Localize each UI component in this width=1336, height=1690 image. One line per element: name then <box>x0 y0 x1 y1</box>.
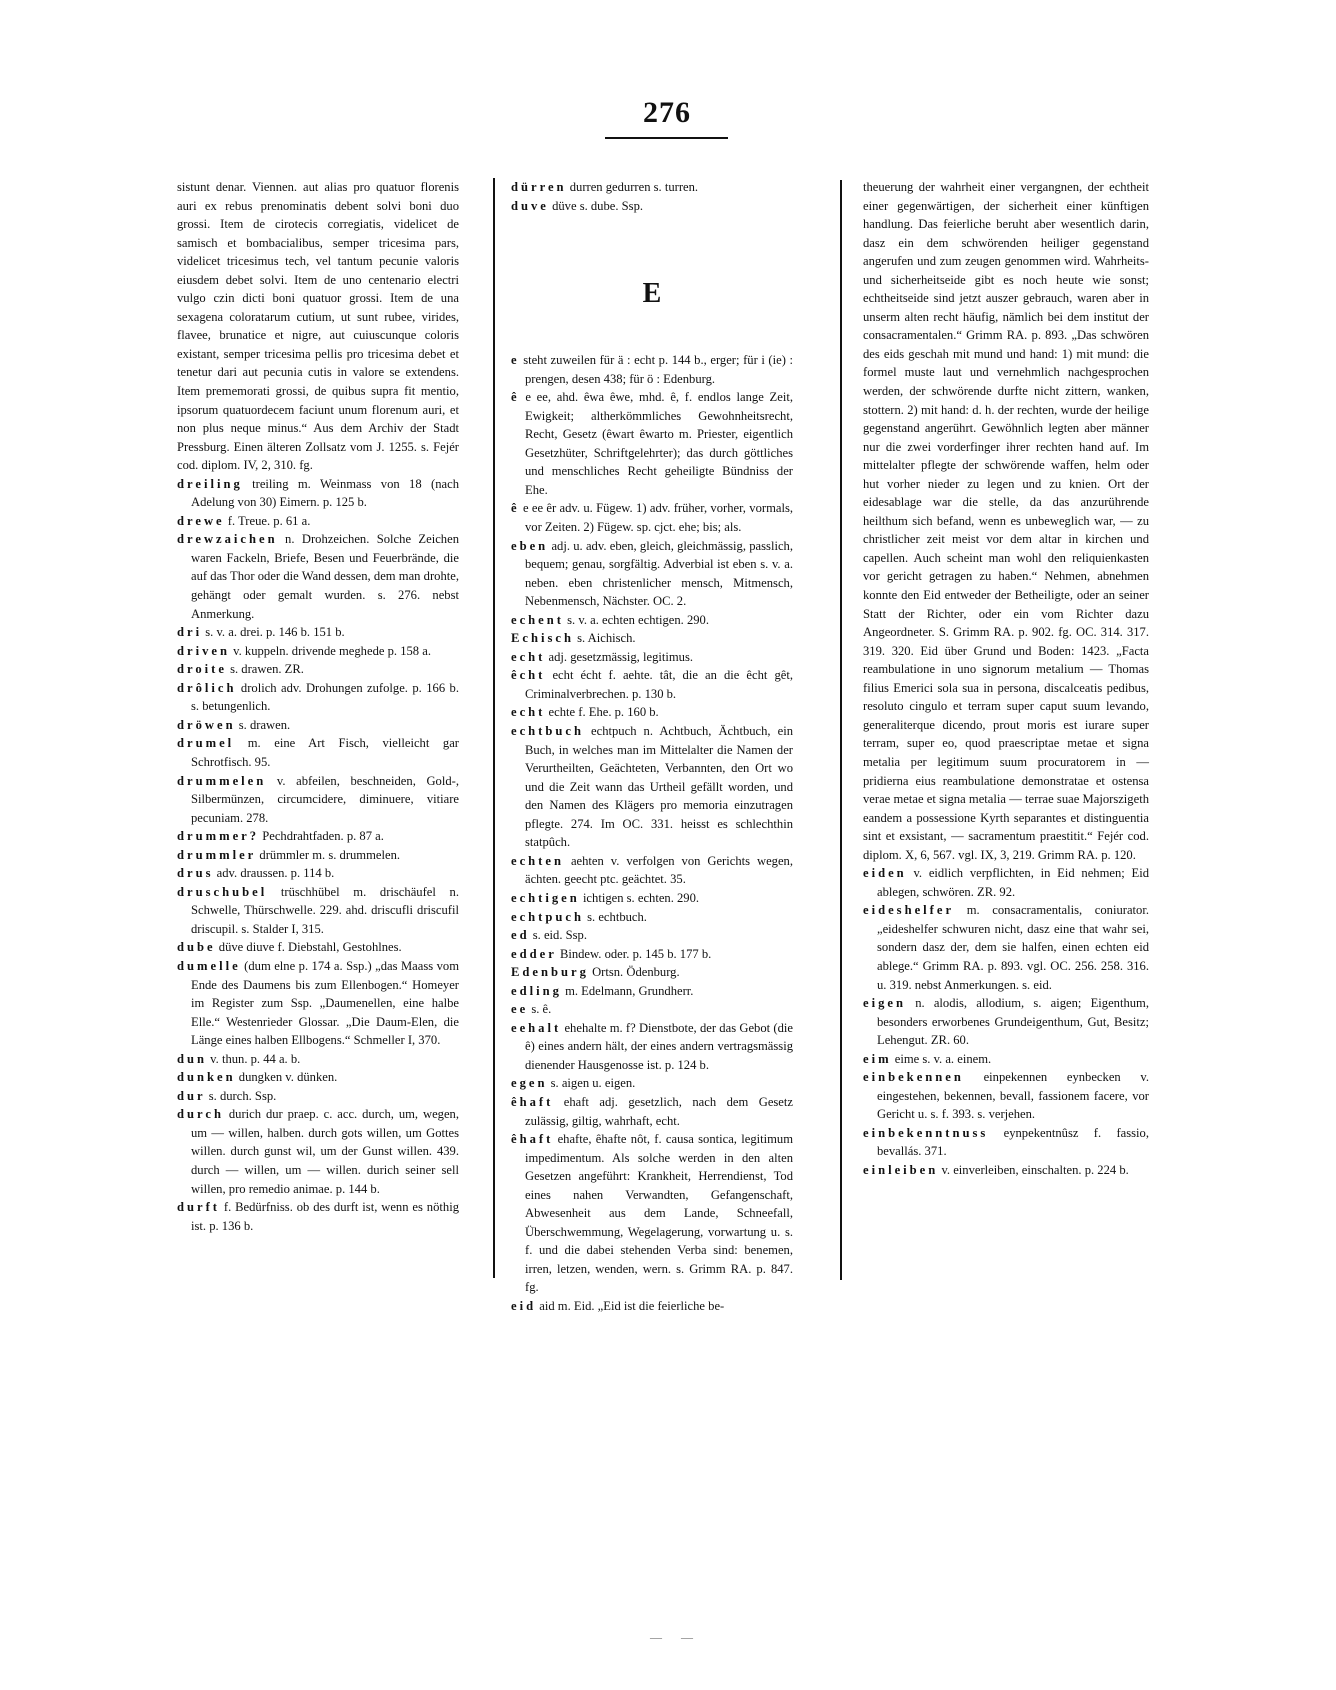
entry-list: eiden v. eidlich verpflichten, in Eid ne… <box>863 864 1149 1179</box>
dictionary-entry: echent s. v. a. echten echtigen. 290. <box>511 611 793 630</box>
entry-headword: drummelen <box>177 774 266 788</box>
entry-headword: eigen <box>863 996 906 1010</box>
column-divider-right <box>840 180 842 1280</box>
page-number: 276 <box>612 96 722 130</box>
dictionary-entry: einbekennen einpekennen eynbecken v. ein… <box>863 1068 1149 1124</box>
entry-headword: eim <box>863 1052 892 1066</box>
entry-definition: ichtigen s. echten. 290. <box>583 891 699 905</box>
dictionary-entry: êhaft ehafte, êhafte nôt, f. causa sonti… <box>511 1130 793 1297</box>
entry-headword: einbekenntnuss <box>863 1126 988 1140</box>
entry-definition: s. v. a. echten echtigen. 290. <box>567 613 709 627</box>
dictionary-entry: ê e ee, ahd. êwa êwe, mhd. ê, f. endlos … <box>511 388 793 499</box>
dictionary-entry: durch durich dur praep. c. acc. durch, u… <box>177 1105 459 1198</box>
dictionary-entry: drus adv. draussen. p. 114 b. <box>177 864 459 883</box>
entry-headword: druschubel <box>177 885 267 899</box>
dictionary-entry: drummelen v. abfeilen, beschneiden, Gold… <box>177 772 459 828</box>
entry-headword: durch <box>177 1107 224 1121</box>
entry-headword: drummer? <box>177 829 259 843</box>
dictionary-entry: durft f. Bedürfniss. ob des durft ist, w… <box>177 1198 459 1235</box>
entry-headword: eben <box>511 539 548 553</box>
page-number-rule <box>605 137 728 139</box>
entry-headword: ee <box>511 1002 528 1016</box>
dictionary-entry: dröwen s. drawen. <box>177 716 459 735</box>
dictionary-entry: eben adj. u. adv. eben, gleich, gleichmä… <box>511 537 793 611</box>
dictionary-entry: echtpuch s. echtbuch. <box>511 908 793 927</box>
entry-headword: echten <box>511 854 564 868</box>
entry-headword: dreiling <box>177 477 243 491</box>
continuation-text: sistunt denar. Viennen. aut alias pro qu… <box>177 178 459 475</box>
entry-headword: echent <box>511 613 564 627</box>
column-2: dürren durren gedurren s. turren.duve dü… <box>511 178 793 1316</box>
entry-definition: n. alodis, allodium, s. aigen; Eigenthum… <box>877 996 1149 1047</box>
entry-definition: v. eidlich verpflichten, in Eid nehmen; … <box>877 866 1149 899</box>
dictionary-entry: dumelle (dum elne p. 174 a. Ssp.) „das M… <box>177 957 459 1050</box>
dictionary-entry: druschubel trüschhübel m. drischäufel n.… <box>177 883 459 939</box>
entry-headword: durft <box>177 1200 220 1214</box>
continuation-text: theuerung der wahrheit einer vergangnen,… <box>863 178 1149 864</box>
entry-headword: duve <box>511 199 549 213</box>
entry-definition: echt écht f. aehte. tât, die an die êcht… <box>525 668 793 701</box>
entry-definition: adj. u. adv. eben, gleich, gleichmässig,… <box>525 539 793 609</box>
entry-headword: echt <box>511 650 545 664</box>
entry-headword: eiden <box>863 866 907 880</box>
dictionary-entry: êcht echt écht f. aehte. tât, die an die… <box>511 666 793 703</box>
entry-definition: ehaft adj. gesetzlich, nach dem Gesetz z… <box>525 1095 793 1128</box>
entry-headword: dröwen <box>177 718 236 732</box>
entry-headword: echtbuch <box>511 724 584 738</box>
dictionary-entry: edder Bindew. oder. p. 145 b. 177 b. <box>511 945 793 964</box>
entry-headword: dun <box>177 1052 207 1066</box>
entry-headword: eid <box>511 1299 536 1313</box>
entry-definition: aid m. Eid. „Eid ist die feierliche be- <box>539 1299 724 1313</box>
column-1: sistunt denar. Viennen. aut alias pro qu… <box>177 178 459 1235</box>
entry-list: dreiling treiling m. Weinmass von 18 (na… <box>177 475 459 1235</box>
dictionary-entry: egen s. aigen u. eigen. <box>511 1074 793 1093</box>
entry-definition: düve diuve f. Diebstahl, Gestohlnes. <box>219 940 402 954</box>
dictionary-entry: Edenburg Ortsn. Ödenburg. <box>511 963 793 982</box>
entry-definition: Ortsn. Ödenburg. <box>592 965 680 979</box>
entry-headword: dürren <box>511 180 567 194</box>
entry-definition: aehten v. verfolgen von Gerichts wegen, … <box>525 854 793 887</box>
dictionary-entry: dun v. thun. p. 44 a. b. <box>177 1050 459 1069</box>
entry-headword: droite <box>177 662 227 676</box>
column-3: theuerung der wahrheit einer vergangnen,… <box>863 178 1149 1180</box>
dictionary-entry: dürren durren gedurren s. turren. <box>511 178 793 197</box>
dictionary-entry: drewe f. Treue. p. 61 a. <box>177 512 459 531</box>
entry-headword: drumel <box>177 736 234 750</box>
dictionary-entry: e steht zuweilen für ä : echt p. 144 b.,… <box>511 351 793 388</box>
entry-definition: s. eid. Ssp. <box>533 928 587 942</box>
entry-headword: drôlich <box>177 681 236 695</box>
entry-definition: düve s. dube. Ssp. <box>552 199 643 213</box>
dictionary-entry: ee s. ê. <box>511 1000 793 1019</box>
entry-headword: dri <box>177 625 202 639</box>
dictionary-entry: ê e ee êr adv. u. Fügew. 1) adv. früher,… <box>511 499 793 536</box>
entry-definition: durren gedurren s. turren. <box>570 180 698 194</box>
dictionary-entry: duve düve s. dube. Ssp. <box>511 197 793 216</box>
entry-headword: ê <box>511 501 520 515</box>
entry-headword: eideshelfer <box>863 903 954 917</box>
dictionary-entry: echtigen ichtigen s. echten. 290. <box>511 889 793 908</box>
dictionary-entry: echt echte f. Ehe. p. 160 b. <box>511 703 793 722</box>
section-letter-heading: E <box>511 279 793 309</box>
entry-definition: s. aigen u. eigen. <box>551 1076 636 1090</box>
entry-list: e steht zuweilen für ä : echt p. 144 b.,… <box>511 351 793 1315</box>
entry-definition: eime s. v. a. einem. <box>895 1052 991 1066</box>
dictionary-entry: drummer? Pechdrahtfaden. p. 87 a. <box>177 827 459 846</box>
dictionary-entry: dri s. v. a. drei. p. 146 b. 151 b. <box>177 623 459 642</box>
entry-definition: s. v. a. drei. p. 146 b. 151 b. <box>205 625 344 639</box>
entry-definition: v. einverleiben, einschalten. p. 224 b. <box>941 1163 1128 1177</box>
dictionary-entry: echten aehten v. verfolgen von Gerichts … <box>511 852 793 889</box>
entry-definition: s. durch. Ssp. <box>209 1089 277 1103</box>
dictionary-entry: einbekenntnuss eynpekentnûsz f. fassio, … <box>863 1124 1149 1161</box>
entry-headword: êcht <box>511 668 545 682</box>
entry-headword: dunken <box>177 1070 236 1084</box>
dictionary-entry: einleiben v. einverleiben, einschalten. … <box>863 1161 1149 1180</box>
entry-headword: echtigen <box>511 891 580 905</box>
entry-headword: drus <box>177 866 214 880</box>
dictionary-entry: dur s. durch. Ssp. <box>177 1087 459 1106</box>
entry-headword: drummler <box>177 848 256 862</box>
entry-definition: m. Edelmann, Grundherr. <box>565 984 693 998</box>
entry-definition: drümmler m. s. drummelen. <box>259 848 400 862</box>
entry-headword: eehalt <box>511 1021 561 1035</box>
footer-marks: — — <box>650 1630 701 1645</box>
entry-headword: êhaft <box>511 1132 553 1146</box>
entry-definition: echtpuch n. Achtbuch, Ächtbuch, ein Buch… <box>525 724 793 849</box>
entry-definition: adj. gesetzmässig, legitimus. <box>549 650 693 664</box>
entry-headword: êhaft <box>511 1095 553 1109</box>
entry-headword: ed <box>511 928 530 942</box>
entry-headword: dube <box>177 940 216 954</box>
dictionary-entry: drumel m. eine Art Fisch, vielleicht gar… <box>177 734 459 771</box>
entry-headword: edder <box>511 947 557 961</box>
entry-headword: dumelle <box>177 959 241 973</box>
dictionary-entry: eehalt ehehalte m. f? Dienstbote, der da… <box>511 1019 793 1075</box>
entry-headword: einleiben <box>863 1163 938 1177</box>
dictionary-entry: eid aid m. Eid. „Eid ist die feierliche … <box>511 1297 793 1316</box>
dictionary-entry: eigen n. alodis, allodium, s. aigen; Eig… <box>863 994 1149 1050</box>
entry-definition: ehehalte m. f? Dienstbote, der das Gebot… <box>525 1021 793 1072</box>
entry-headword: einbekennen <box>863 1070 964 1084</box>
dictionary-entry: dreiling treiling m. Weinmass von 18 (na… <box>177 475 459 512</box>
entry-list-before-heading: dürren durren gedurren s. turren.duve dü… <box>511 178 793 215</box>
entry-definition: e ee, ahd. êwa êwe, mhd. ê, f. endlos la… <box>525 390 793 497</box>
entry-definition: v. thun. p. 44 a. b. <box>210 1052 300 1066</box>
entry-definition: dungken v. dünken. <box>239 1070 338 1084</box>
entry-definition: durich dur praep. c. acc. durch, um, weg… <box>191 1107 459 1195</box>
entry-headword: drewe <box>177 514 225 528</box>
dictionary-entry: drôlich drolich adv. Drohungen zufolge. … <box>177 679 459 716</box>
entry-headword: e <box>511 353 520 367</box>
entry-headword: dur <box>177 1089 206 1103</box>
entry-headword: drewzaichen <box>177 532 278 546</box>
entry-definition: e ee êr adv. u. Fügew. 1) adv. früher, v… <box>523 501 793 534</box>
entry-definition: adv. draussen. p. 114 b. <box>217 866 335 880</box>
entry-definition: f. Treue. p. 61 a. <box>228 514 311 528</box>
dictionary-entry: drewzaichen n. Drohzeichen. Solche Zeich… <box>177 530 459 623</box>
entry-definition: steht zuweilen für ä : echt p. 144 b., e… <box>523 353 793 386</box>
dictionary-entry: drummler drümmler m. s. drummelen. <box>177 846 459 865</box>
entry-headword: edling <box>511 984 562 998</box>
entry-definition: s. echtbuch. <box>587 910 647 924</box>
dictionary-entry: dunken dungken v. dünken. <box>177 1068 459 1087</box>
dictionary-entry: Echisch s. Aichisch. <box>511 629 793 648</box>
dictionary-entry: droite s. drawen. ZR. <box>177 660 459 679</box>
dictionary-entry: eim eime s. v. a. einem. <box>863 1050 1149 1069</box>
entry-headword: egen <box>511 1076 547 1090</box>
entry-definition: s. drawen. ZR. <box>230 662 304 676</box>
dictionary-entry: echt adj. gesetzmässig, legitimus. <box>511 648 793 667</box>
entry-headword: echt <box>511 705 545 719</box>
entry-definition: Bindew. oder. p. 145 b. 177 b. <box>560 947 711 961</box>
dictionary-entry: driven v. kuppeln. drivende meghede p. 1… <box>177 642 459 661</box>
dictionary-entry: eiden v. eidlich verpflichten, in Eid ne… <box>863 864 1149 901</box>
dictionary-entry: echtbuch echtpuch n. Achtbuch, Ächtbuch,… <box>511 722 793 852</box>
entry-headword: ê <box>511 390 520 404</box>
dictionary-entry: êhaft ehaft adj. gesetzlich, nach dem Ge… <box>511 1093 793 1130</box>
entry-definition: echte f. Ehe. p. 160 b. <box>549 705 659 719</box>
entry-headword: Echisch <box>511 631 574 645</box>
entry-definition: s. ê. <box>531 1002 551 1016</box>
entry-definition: s. drawen. <box>239 718 290 732</box>
entry-definition: s. Aichisch. <box>577 631 635 645</box>
column-divider-left <box>493 178 495 1278</box>
dictionary-entry: eideshelfer m. consacramentalis, coniura… <box>863 901 1149 994</box>
entry-headword: echtpuch <box>511 910 584 924</box>
entry-headword: driven <box>177 644 230 658</box>
dictionary-entry: ed s. eid. Ssp. <box>511 926 793 945</box>
entry-headword: Edenburg <box>511 965 589 979</box>
entry-definition: Pechdrahtfaden. p. 87 a. <box>262 829 384 843</box>
entry-definition: v. kuppeln. drivende meghede p. 158 a. <box>233 644 431 658</box>
entry-definition: f. Bedürfniss. ob des durft ist, wenn es… <box>191 1200 459 1233</box>
dictionary-entry: edling m. Edelmann, Grundherr. <box>511 982 793 1001</box>
entry-definition: ehafte, êhafte nôt, f. causa sontica, le… <box>525 1132 793 1294</box>
dictionary-entry: dube düve diuve f. Diebstahl, Gestohlnes… <box>177 938 459 957</box>
